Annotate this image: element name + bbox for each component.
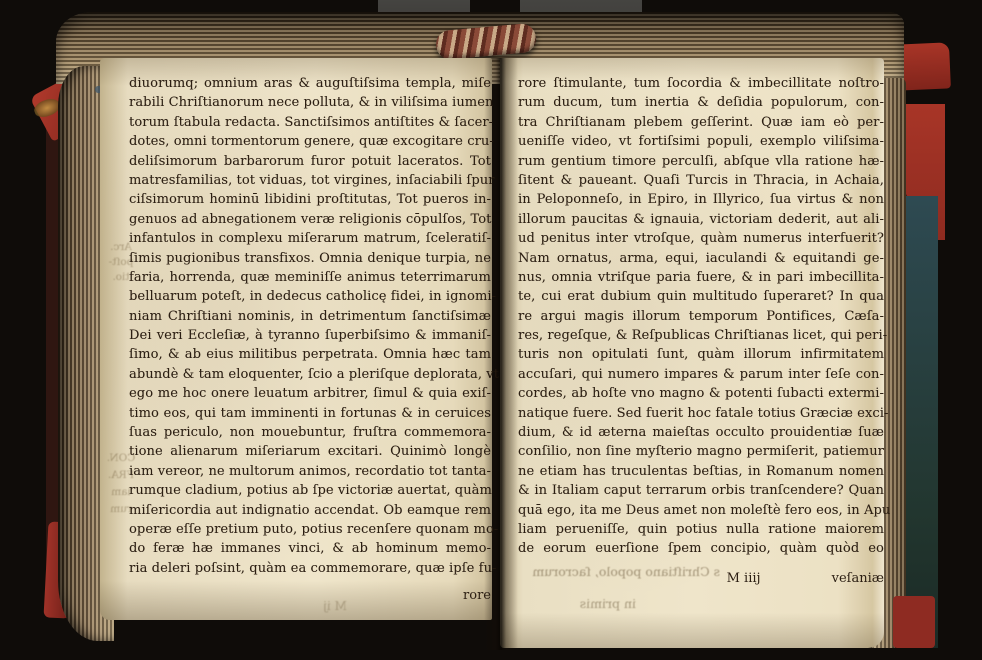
text-line: rum ducum, tum inertia & deſidia populor… (518, 93, 884, 112)
text-line: miſericordia aut indignatio accendat. Ob… (129, 501, 491, 520)
text-line: conſilio, non ſine myſterio magno permiſ… (518, 442, 884, 461)
left-catchword-row: rore (129, 586, 491, 605)
text-line: turis non opitulati ſunt, quàm illorum i… (518, 345, 884, 364)
left-page: diuorumq; omnium aras & auguſtiſsima tem… (100, 58, 492, 620)
text-line: nus, omnia vtriſque paria fuere, & in pa… (518, 268, 884, 287)
text-line: ueniſſe video, vt fortiſsimi populi, exe… (518, 132, 884, 151)
text-line: & in Italiam caput terrarum orbis tranſc… (518, 481, 884, 500)
text-line: in Peloponneſo, in Epiro, in Illyrico, ſ… (518, 190, 884, 209)
text-line: dium, & id æterna maieſtas occulto proui… (518, 423, 884, 442)
text-line: Dei veri Eccleſiæ, à tyranno ſuperbiſsim… (129, 326, 491, 345)
text-line: faria, horrenda, quæ meminiſſe animus te… (129, 268, 491, 287)
text-line: ciſsimorum hominū libidini proſtitutas, … (129, 190, 491, 209)
catchword: veſaniæ (832, 569, 884, 588)
text-line: genuos ad abnegationem veræ religionis c… (129, 210, 491, 229)
left-page-text-block: diuorumq; omnium aras & auguſtiſsima tem… (129, 74, 491, 605)
text-line: dotes, omni tormentorum genere, quæ exco… (129, 132, 491, 151)
text-line: abundè & tam eloquenter, ſcio a pleriſqu… (129, 365, 491, 384)
text-line: diuorumq; omnium aras & auguſtiſsima tem… (129, 74, 491, 93)
text-line: re argui magis illorum temporum Pontific… (518, 307, 884, 326)
catchword: rore (463, 586, 491, 605)
text-line: Nam ornatus, arma, equi, iaculandi & equ… (518, 249, 884, 268)
open-book-photo: diuorumq; omnium aras & auguſtiſsima tem… (0, 0, 982, 660)
text-line: rum gentium timore perculſi, abſque vlla… (518, 152, 884, 171)
text-line: belluarum poteſt, in dedecus catholicę f… (129, 287, 491, 306)
text-line: liam perueniſſe, quin potius nulla ratio… (518, 520, 884, 539)
text-line: rore ſtimulante, tum ſocordia & imbecill… (518, 74, 884, 93)
text-line: natique fuere. Sed fuerit hoc fatale tot… (518, 404, 884, 423)
text-line: te, cui erat dubium quin multitudo ſuper… (518, 287, 884, 306)
text-line: rabili Chriſtianorum nece polluta, & in … (129, 93, 491, 112)
text-line: ud penitus inter vtroſque, quàm numerus … (518, 229, 884, 248)
text-line: timo eos, qui tam imminenti in fortunas … (129, 404, 491, 423)
text-line: ſimo, & ab eius militibus perpetrata. Om… (129, 345, 491, 364)
right-page-lines: rore ſtimulante, tum ſocordia & imbecill… (518, 74, 884, 559)
text-line: illorum paucitas & ignauia, victoriam de… (518, 210, 884, 229)
text-line: niam Chriſtiani nominis, in detrimentum … (129, 307, 491, 326)
teal-cover-edge-right (905, 196, 938, 648)
text-line: tione alienarum miſeriarum excitari. Qui… (129, 442, 491, 461)
text-line: ſimis pugionibus transfixos. Omnia deniq… (129, 249, 491, 268)
text-line: iam vereor, ne multorum animos, recordat… (129, 462, 491, 481)
signature-row: M iiij veſaniæ (518, 569, 884, 588)
bleedthrough-text: in primis (516, 596, 636, 611)
text-line: rumque cladium, potius ab ſpe victoriæ a… (129, 481, 491, 500)
right-page: rore ſtimulante, tum ſocordia & imbecill… (500, 58, 884, 648)
text-line: ego me hoc onere leuatum arbitrer, ſimul… (129, 384, 491, 403)
text-line: tra Chriſtianam plebem geſſerint. Quæ ia… (518, 113, 884, 132)
text-line: cordes, ab hoſte vno magno & potenti ſub… (518, 384, 884, 403)
text-line: ſuas periculo, non mouebuntur, fruſtra c… (129, 423, 491, 442)
text-line: ſitent & paueant. Quaſi Turcis in Thraci… (518, 171, 884, 190)
text-line: infantulos in complexu miſerarum matrum,… (129, 229, 491, 248)
text-line: ne etiam has truculentas beſtias, in Rom… (518, 462, 884, 481)
text-line: deliſsimorum barbarorum furor potuit lac… (129, 152, 491, 171)
text-line: quā ego, ita me Deus amet non moleſtè fe… (518, 501, 884, 520)
signature-mark: M iiij (727, 569, 761, 588)
left-page-lines: diuorumq; omnium aras & auguſtiſsima tem… (129, 74, 491, 578)
text-line: torum ſtabula redacta. Sanctiſsimos anti… (129, 113, 491, 132)
text-line: res, regeſque, & Reſpublicas Chriſtianas… (518, 326, 884, 345)
text-line: matresfamilias, tot viduas, tot virgines… (129, 171, 491, 190)
right-page-text-block: rore ſtimulante, tum ſocordia & imbecill… (518, 74, 884, 588)
text-line: de eorum euerſione ſpem concipio, quàm q… (518, 539, 884, 558)
red-cover-corner-bottom-right (893, 596, 935, 648)
text-line: operæ eſſe pretium puto, potius recenſer… (129, 520, 491, 539)
text-line: do feræ hæ immanes vinci, & ab hominum m… (129, 539, 491, 558)
text-line: accuſari, qui numero impares & parum int… (518, 365, 884, 384)
text-line: ria deleri poſsint, quàm ea commemorare,… (129, 559, 491, 578)
